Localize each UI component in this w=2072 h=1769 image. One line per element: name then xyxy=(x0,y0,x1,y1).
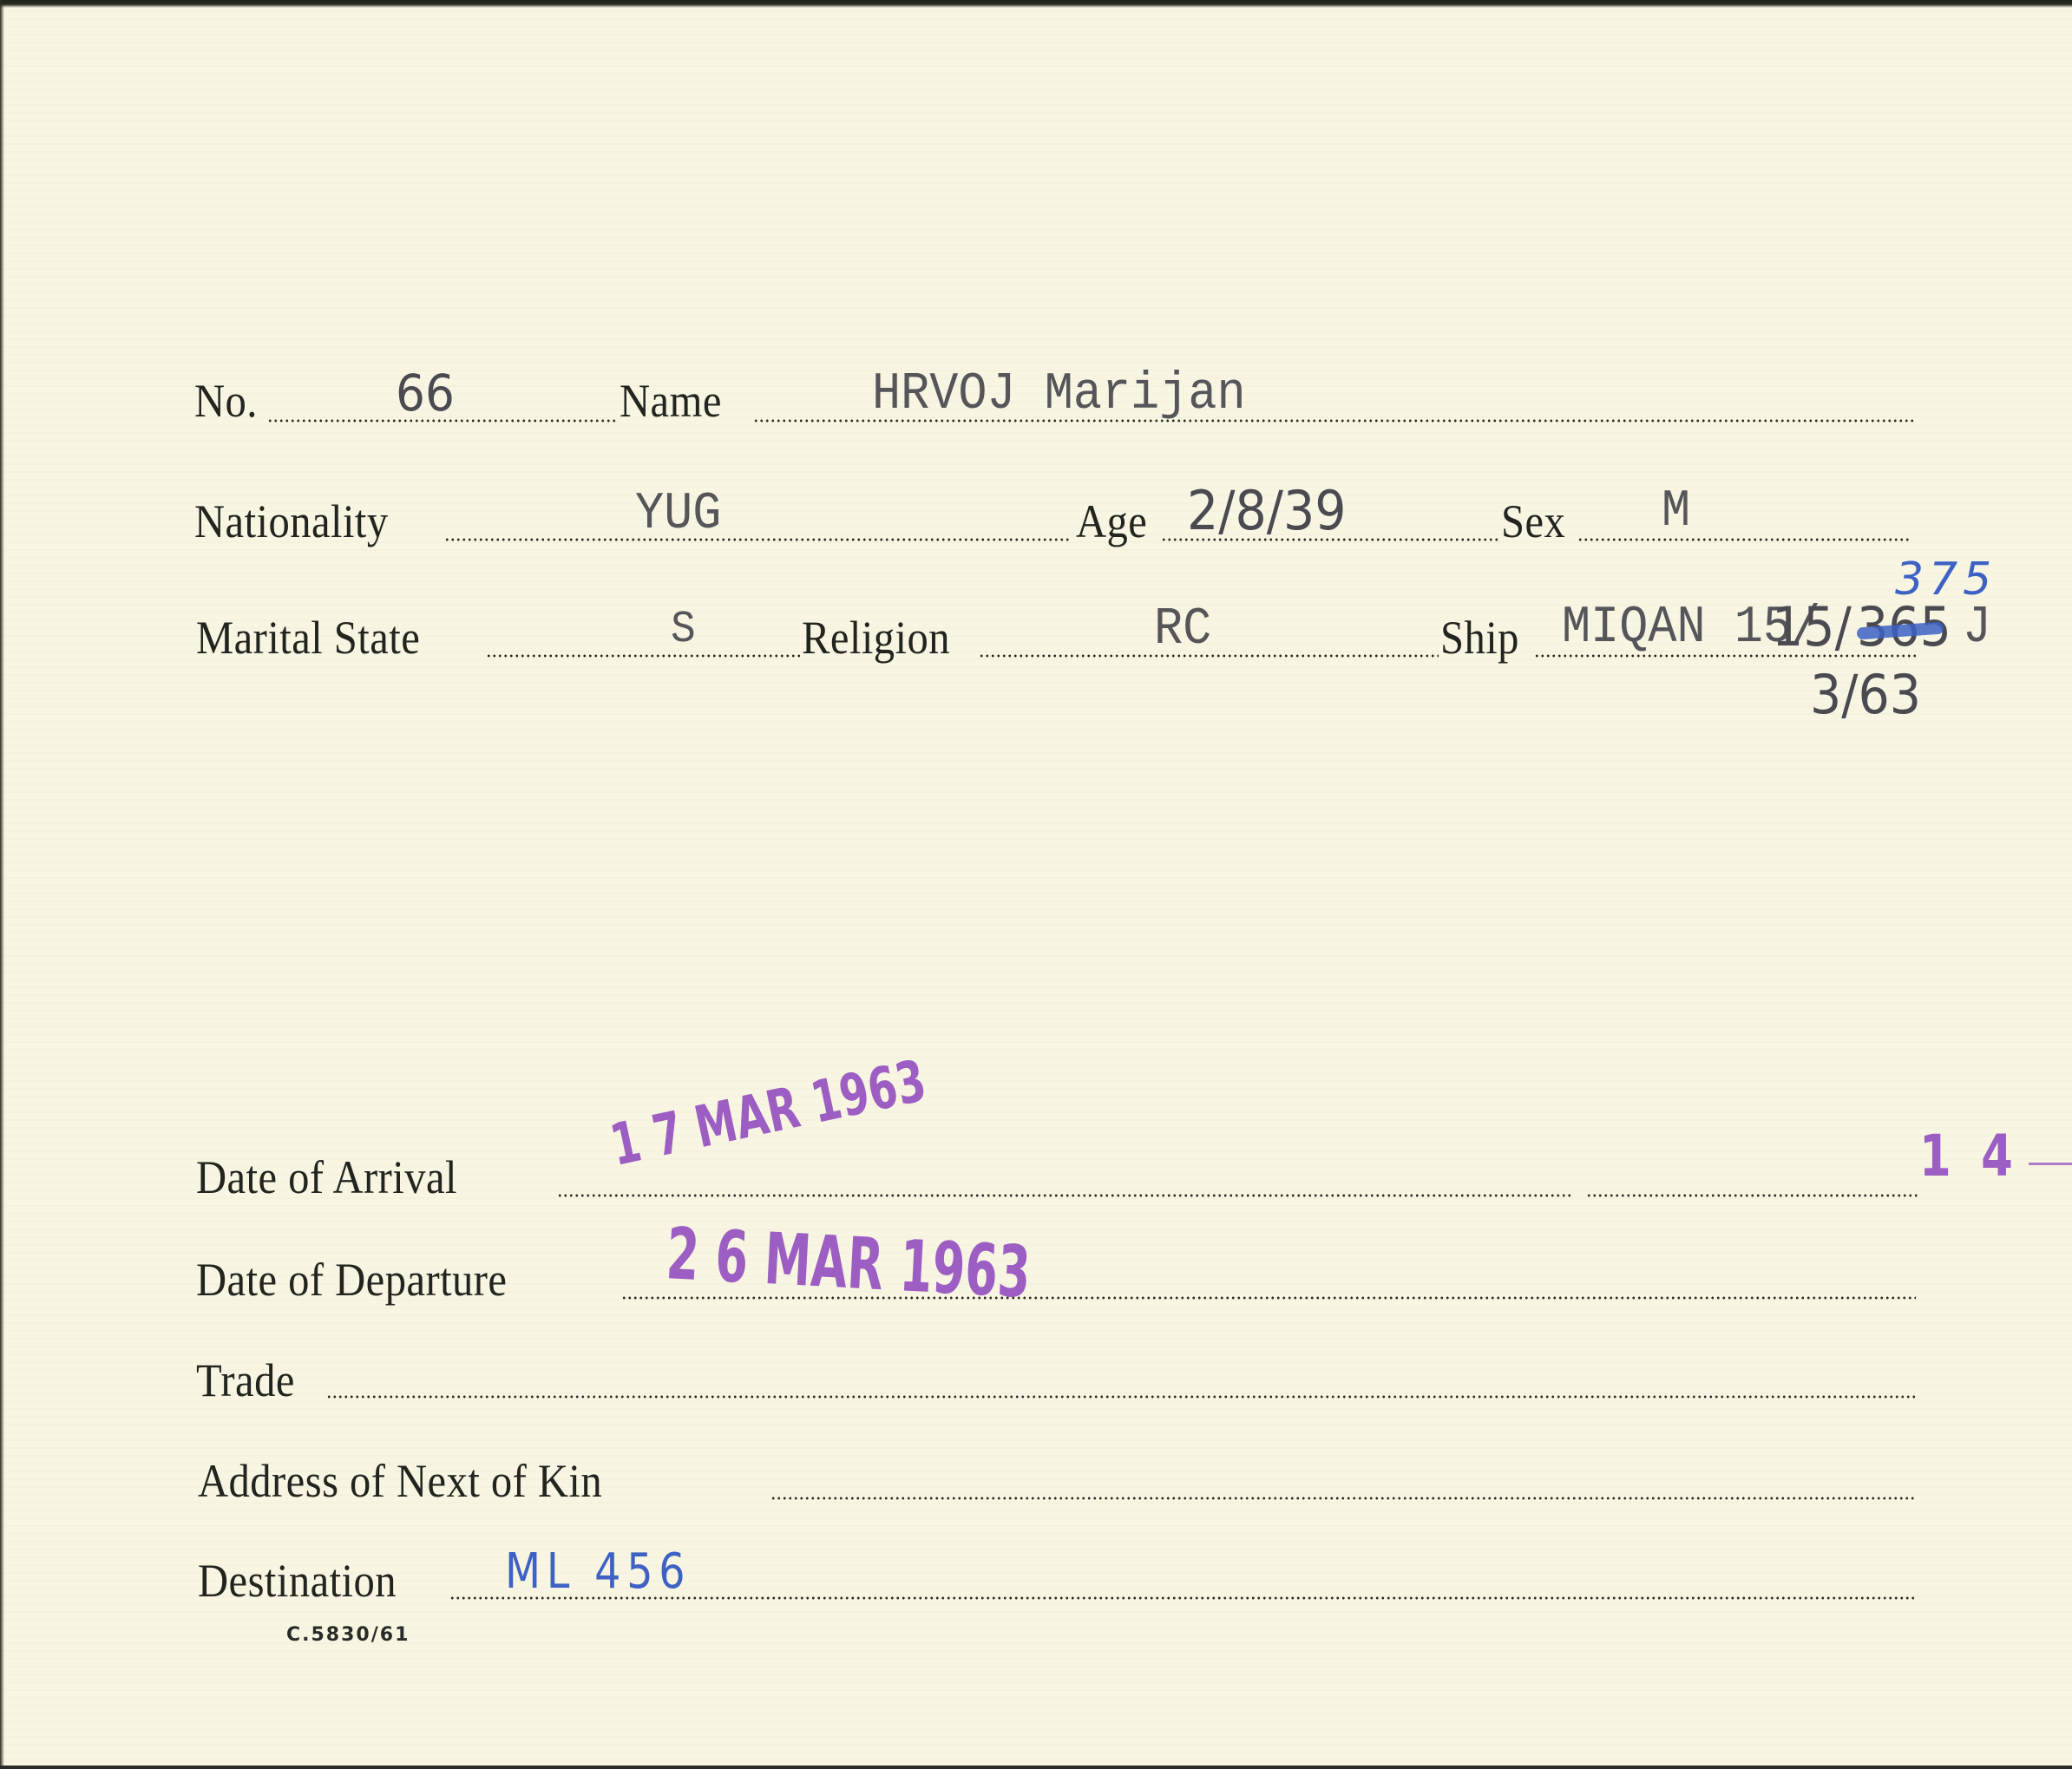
arrival-side-mark: 1 4 xyxy=(1919,1128,2020,1185)
nationality-value: YUG xyxy=(635,488,721,541)
trade-label: Trade xyxy=(196,1357,295,1404)
name-value: HRVOJ Marijan xyxy=(872,369,1246,421)
arrival-side-dash xyxy=(2029,1163,2072,1165)
date-of-departure-label: Date of Departure xyxy=(196,1256,507,1303)
marital-state-dotted-line xyxy=(486,654,800,658)
nationality-dotted-line xyxy=(444,538,1071,541)
sex-value: M xyxy=(1662,486,1690,538)
ship-voyage-prefix: 15/ xyxy=(1772,595,1852,658)
sex-label: Sex xyxy=(1501,498,1565,545)
religion-label: Religion xyxy=(802,614,950,661)
nationality-label: Nationality xyxy=(194,498,389,545)
next-of-kin-dotted-line xyxy=(770,1497,1916,1500)
ship-date-line: 3/63 xyxy=(1810,668,1921,722)
name-label: Name xyxy=(620,377,722,424)
age-label: Age xyxy=(1076,498,1147,545)
ship-correction: 375 xyxy=(1895,557,1997,602)
ship-suffix: J xyxy=(1963,602,1991,654)
ship-voyage-number: 15/ xyxy=(1772,600,1852,654)
marital-state-label: Marital State xyxy=(196,614,420,661)
registration-card: No. 66 Name HRVOJ Marijan Nationality YU… xyxy=(0,0,2072,1769)
date-of-arrival-stamp: 1 7 MAR 1963 xyxy=(606,1052,930,1175)
card-bottom-edge xyxy=(0,1766,2072,1769)
card-top-edge xyxy=(0,0,2072,8)
date-of-departure-stamp: 2 6 MAR 1963 xyxy=(665,1219,1033,1309)
card-left-edge xyxy=(0,0,4,1769)
next-of-kin-label: Address of Next of Kin xyxy=(198,1458,602,1504)
destination-label: Destination xyxy=(198,1557,397,1604)
date-of-arrival-dotted-line-2 xyxy=(1586,1194,1919,1197)
religion-value: RC xyxy=(1154,604,1211,656)
no-value: 66 xyxy=(396,368,455,418)
ship-label: Ship xyxy=(1440,614,1519,661)
trade-dotted-line xyxy=(326,1395,1916,1399)
sex-dotted-line xyxy=(1577,538,1911,541)
no-label: No. xyxy=(194,377,258,424)
date-of-arrival-label: Date of Arrival xyxy=(196,1154,457,1201)
age-value: 2/8/39 xyxy=(1187,484,1347,538)
form-code: C.5830/61 xyxy=(286,1624,410,1646)
date-of-arrival-dotted-line-1 xyxy=(557,1194,1572,1197)
destination-value: ML 456 xyxy=(505,1548,691,1596)
marital-state-value: S xyxy=(671,607,696,652)
